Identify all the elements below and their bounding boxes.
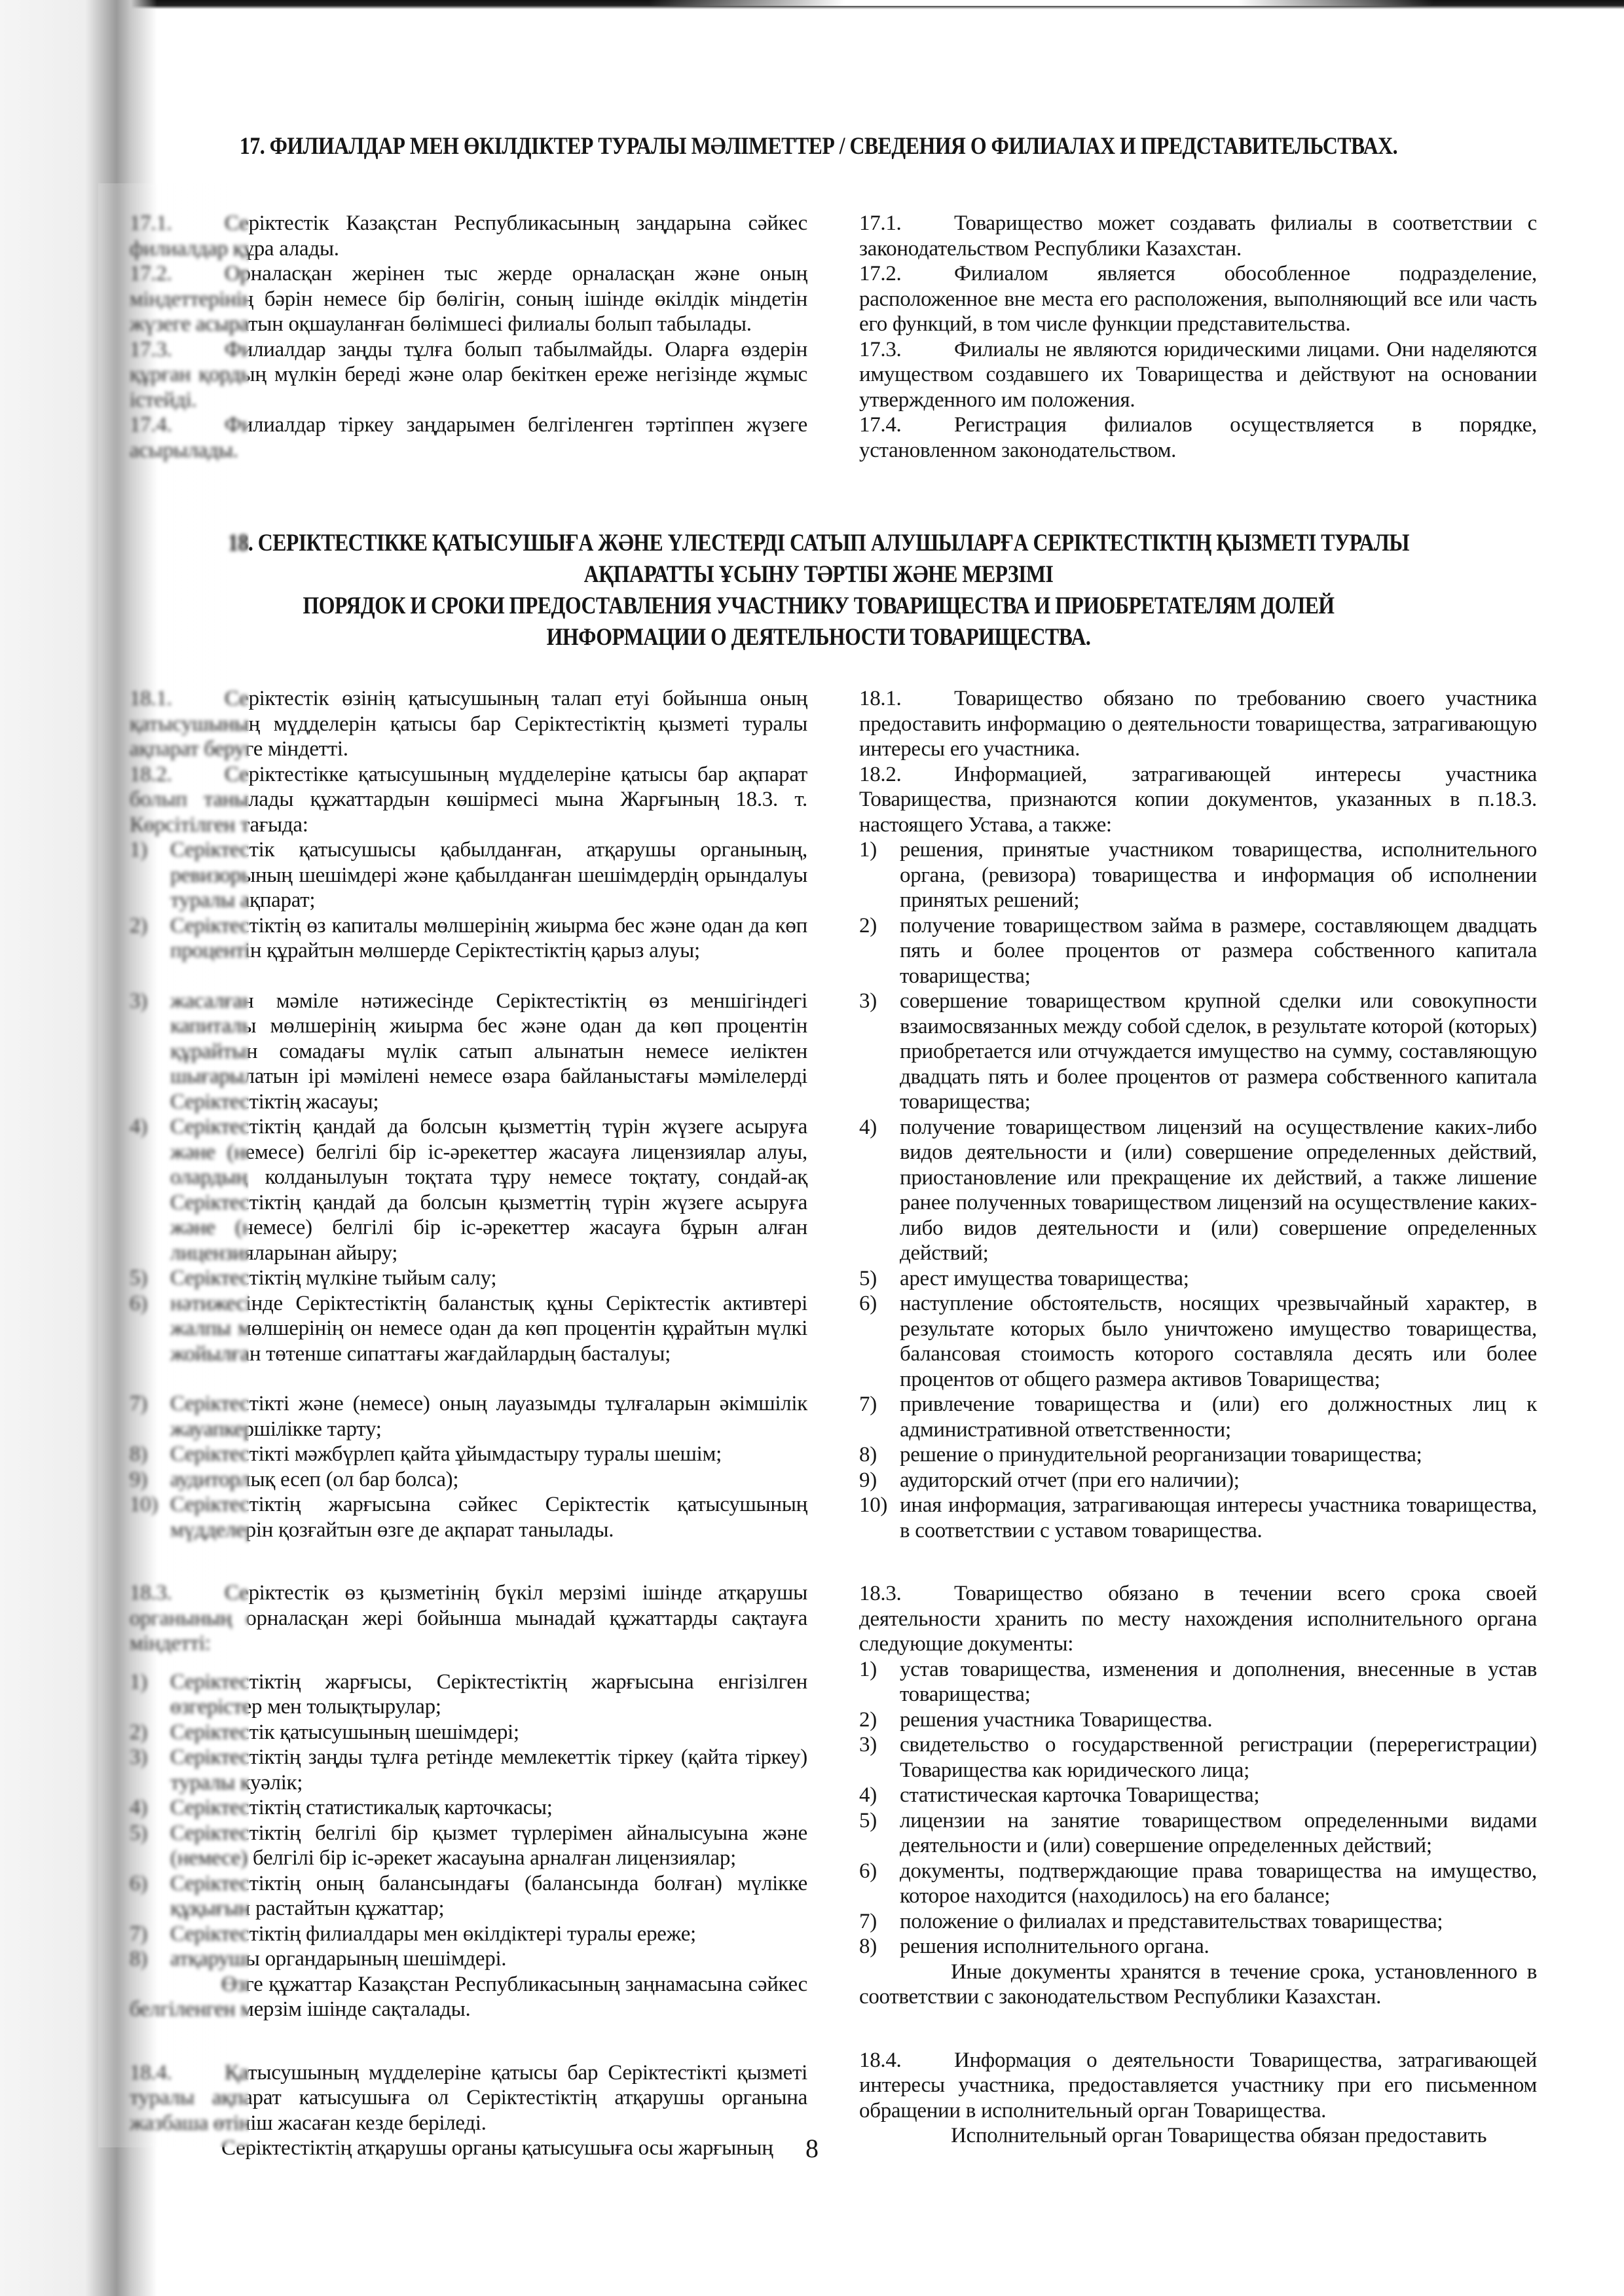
list-item-text: Серіктестіктің жарғысына сәйкес Серіктес… [170, 1493, 807, 1542]
list-item-text: Серіктестіктің жарғысы, Серіктестіктің ж… [170, 1670, 807, 1719]
list-item-number: 7) [130, 1922, 147, 1947]
list-item-number: 7) [130, 1391, 147, 1417]
clause-18-2-kz: 18.2.Серіктестікке қатысушының мүдделері… [130, 762, 807, 838]
list-item-number: 5) [859, 1266, 877, 1292]
list-item-number: 5) [130, 1821, 147, 1846]
list-item-number: 8) [130, 1442, 147, 1467]
list-item-number: 2) [859, 913, 877, 939]
list-item-text: Серіктестіктің мүлкіне тыйым салу; [170, 1266, 496, 1290]
list-item: 9)аудиторский отчет (при его наличии); [859, 1468, 1537, 1493]
list-item-number: 3) [130, 1745, 147, 1770]
clause-17-1-ru: 17.1.Товарищество может создавать филиал… [859, 211, 1537, 261]
clause-17-2-ru: 17.2.Филиалом является обособленное подр… [859, 261, 1537, 337]
list-item: 8)атқарушы органдарының шешімдері. [130, 1946, 807, 1972]
list-item: 2)решения участника Товарищества. [859, 1707, 1537, 1733]
list-item: 2)получение товариществом займа в размер… [859, 913, 1537, 989]
list-item-number: 7) [859, 1392, 877, 1417]
list-item: 7)привлечение товарищества и (или) его д… [859, 1392, 1537, 1442]
list-item-text: аудиторлық есеп (ол бар болса); [170, 1468, 458, 1491]
clause-18-3-kz-list: 1)Серіктестіктің жарғысы, Серіктестіктің… [130, 1669, 807, 1972]
section-18-heading-line-3: ПОРЯДОК И СРОКИ ПРЕДОСТАВЛЕНИЯ УЧАСТНИКУ… [227, 591, 1410, 622]
clause-18-3-ru-note: Иные документы хранятся в течение срока,… [859, 1959, 1537, 2010]
list-item-text: получение товариществом лицензий на осущ… [900, 1116, 1537, 1266]
list-item-number: 2) [859, 1707, 877, 1733]
clause-18-4-kz: 18.4.Қатысушының мүдделеріне қатысы бар … [130, 2060, 807, 2136]
list-item: 3)Серіктестіктің заңды тұлға ретінде мем… [130, 1745, 807, 1795]
clause-17-3-ru: 17.3.Филиалы не являются юридическими ли… [859, 337, 1537, 413]
list-item-text: атқарушы органдарының шешімдері. [170, 1947, 506, 1971]
section-17-ru-column: 17.1.Товарищество может создавать филиал… [859, 211, 1537, 463]
clause-18-1-kz: 18.1.Серіктестік өзінің қатысушының тала… [130, 686, 807, 762]
list-item: 10)иная информация, затрагивающая интере… [859, 1493, 1537, 1543]
list-item-number: 8) [130, 1946, 147, 1972]
section-18-heading-line-2: АҚПАРАТТЫ ҰСЫНУ ТӘРТІБІ ЖӘНЕ МЕРЗІМІ [227, 559, 1410, 591]
list-item-number: 7) [859, 1909, 877, 1935]
list-item-text: статистическая карточка Товарищества; [900, 1783, 1259, 1807]
list-item-number: 5) [130, 1266, 147, 1291]
list-item-text: положение о филиалах и представительства… [900, 1910, 1443, 1933]
list-item: 7)Серіктестікті және (немесе) оның лауаз… [130, 1391, 807, 1442]
list-item-text: жасалған мәміле нәтижесінде Серіктестікт… [170, 989, 807, 1114]
list-item-number: 1) [859, 837, 877, 863]
list-item: 1)Серіктестік қатысушысы қабылданған, ат… [130, 837, 807, 913]
list-item: 1)Серіктестіктің жарғысы, Серіктестіктің… [130, 1669, 807, 1720]
clause-18-2-ru-list: 1)решения, принятые участником товарищес… [859, 837, 1537, 1543]
clause-18-3-ru: 18.3.Товарищество обязано в течении всег… [859, 1581, 1537, 1657]
list-item: 8)решения исполнительного органа. [859, 1934, 1537, 1959]
section-18-kz-column: 18.1.Серіктестік өзінің қатысушының тала… [130, 686, 807, 2161]
list-item: 1)устав товарищества, изменения и дополн… [859, 1657, 1537, 1707]
list-item-text: Серіктестіктің белгілі бір қызмет түрлер… [170, 1821, 807, 1870]
clause-18-4-ru: 18.4.Информация о деятельности Товарищес… [859, 2048, 1537, 2124]
scan-edge-highlight [648, 0, 1434, 6]
section-18-heading-line-1: 18. СЕРІКТЕСТІККЕ ҚАТЫСУШЫҒА ЖӘНЕ ҮЛЕСТЕ… [227, 528, 1410, 559]
clause-17-4-kz: 17.4.Филиалдар тіркеу заңдарымен белгіле… [130, 412, 807, 463]
list-item: 5)арест имущества товарищества; [859, 1266, 1537, 1292]
clause-17-4-ru: 17.4.Регистрация филиалов осуществляется… [859, 412, 1537, 463]
list-item: 2)Серіктестіктің өз капиталы мөлшерінің … [130, 913, 807, 964]
section-18-ru-column: 18.1.Товарищество обязано по требованию … [859, 686, 1537, 2149]
list-item-number: 4) [859, 1783, 877, 1808]
list-item: 7)Серіктестіктің филиалдары мен өкілдікт… [130, 1922, 807, 1947]
list-item-text: Серіктестіктің қандай да болсын қызметті… [170, 1115, 807, 1265]
list-item-text: решение о принудительной реорганизации т… [900, 1443, 1422, 1467]
list-item: 4)Серіктестіктің статистикалық карточкас… [130, 1795, 807, 1821]
section-18-heading-line-4: ИНФОРМАЦИИ О ДЕЯТЕЛЬНОСТИ ТОВАРИЩЕСТВА. [227, 622, 1410, 653]
list-item-number: 2) [130, 1720, 147, 1745]
list-item-text: Серіктестіктің статистикалық карточкасы; [170, 1796, 553, 1819]
section-17-kz-column: 17.1.Серіктестік Казақстан Республикасын… [130, 211, 807, 463]
list-item-number: 6) [859, 1859, 877, 1884]
clause-18-3-kz: 18.3.Серіктестік өз қызметінің бүкіл мер… [130, 1580, 807, 1656]
list-item: 3)свидетельство о государственной регист… [859, 1732, 1537, 1783]
list-item-text: Серіктестік қатысушының шешімдері; [170, 1721, 519, 1744]
list-item: 9)аудиторлық есеп (ол бар болса); [130, 1467, 807, 1493]
list-item: 8)решение о принудительной реорганизации… [859, 1442, 1537, 1468]
list-item-number: 9) [130, 1467, 147, 1493]
section-17-heading: 17. ФИЛИАЛДАР МЕН ӨКІЛДІКТЕР ТУРАЛЫ МӘЛІ… [227, 131, 1410, 162]
clause-18-2-kz-list: 1)Серіктестік қатысушысы қабылданған, ат… [130, 837, 807, 1542]
section-18-heading: 18. СЕРІКТЕСТІККЕ ҚАТЫСУШЫҒА ЖӘНЕ ҮЛЕСТЕ… [227, 528, 1410, 653]
list-item-text: свидетельство о государственной регистра… [900, 1733, 1537, 1782]
list-item-number: 4) [859, 1115, 877, 1140]
list-item: 6)наступление обстоятельств, носящих чре… [859, 1291, 1537, 1392]
page-number: 8 [0, 2133, 1624, 2164]
list-item: 5)лицензии на занятие товариществом опре… [859, 1808, 1537, 1859]
list-item: 7)положение о филиалах и представительст… [859, 1909, 1537, 1935]
list-item-text: получение товариществом займа в размере,… [900, 914, 1537, 988]
list-item-text: лицензии на занятие товариществом опреде… [900, 1809, 1537, 1858]
list-item-text: Серіктестікті мәжбүрлеп қайта ұйымдастыр… [170, 1442, 722, 1466]
list-item-text: привлечение товарищества и (или) его дол… [900, 1393, 1537, 1442]
list-item-number: 3) [859, 989, 877, 1014]
list-item-number: 1) [859, 1657, 877, 1683]
list-item-number: 3) [130, 989, 147, 1014]
list-item-text: аудиторский отчет (при его наличии); [900, 1468, 1240, 1492]
clause-17-3-kz: 17.3.Филиалдар заңды тұлға болып табылма… [130, 337, 807, 413]
list-item-number: 4) [130, 1795, 147, 1821]
list-item: 6)Серіктестіктің оның балансындағы (бала… [130, 1871, 807, 1922]
list-item: 4)статистическая карточка Товарищества; [859, 1783, 1537, 1808]
list-item-number: 9) [859, 1468, 877, 1493]
clause-17-1-kz: 17.1.Серіктестік Казақстан Республикасын… [130, 211, 807, 261]
list-item-text: нәтижесінде Серіктестіктің баланстық құн… [170, 1292, 807, 1366]
list-item: 4)Серіктестіктің қандай да болсын қызмет… [130, 1114, 807, 1266]
list-item-text: Серіктестіктің филиалдары мен өкілдіктер… [170, 1922, 696, 1946]
list-item-text: Серіктестіктің өз капиталы мөлшерінің жи… [170, 914, 807, 963]
list-item-number: 3) [859, 1732, 877, 1758]
list-item: 2)Серіктестік қатысушының шешімдері; [130, 1720, 807, 1745]
list-item-number: 1) [130, 837, 147, 863]
clause-18-2-ru: 18.2.Информацией, затрагивающей интересы… [859, 762, 1537, 838]
list-item: 3)совершение товариществом крупной сделк… [859, 989, 1537, 1115]
list-item-number: 6) [130, 1871, 147, 1897]
list-item-text: совершение товариществом крупной сделки … [900, 989, 1537, 1114]
list-item-number: 10) [859, 1493, 887, 1518]
clause-18-3-ru-list: 1)устав товарищества, изменения и дополн… [859, 1657, 1537, 1959]
list-item: 6)нәтижесінде Серіктестіктің баланстық қ… [130, 1291, 807, 1367]
list-item: 5)Серіктестіктің белгілі бір қызмет түрл… [130, 1821, 807, 1871]
list-item-text: иная информация, затрагивающая интересы … [900, 1493, 1537, 1542]
list-item-text: наступление обстоятельств, носящих чрезв… [900, 1292, 1537, 1391]
list-item-text: устав товарищества, изменения и дополнен… [900, 1658, 1537, 1707]
list-item-text: решения участника Товарищества. [900, 1708, 1212, 1732]
list-item: 5)Серіктестіктің мүлкіне тыйым салу; [130, 1266, 807, 1291]
list-item-number: 5) [859, 1808, 877, 1834]
list-item-text: арест имущества товарищества; [900, 1267, 1189, 1290]
list-item-number: 6) [130, 1291, 147, 1317]
list-item: 8)Серіктестікті мәжбүрлеп қайта ұйымдаст… [130, 1442, 807, 1467]
list-item-text: решения исполнительного органа. [900, 1935, 1209, 1958]
list-item: 10)Серіктестіктің жарғысына сәйкес Серік… [130, 1492, 807, 1542]
list-item-number: 6) [859, 1291, 877, 1317]
list-item-number: 8) [859, 1934, 877, 1959]
list-item-number: 1) [130, 1669, 147, 1695]
clause-18-3-kz-note: Өзге құжаттар Казақстан Республикасының … [130, 1972, 807, 2022]
list-item-text: Серіктестікті және (немесе) оның лауазым… [170, 1392, 807, 1441]
list-item-text: Серіктестік қатысушысы қабылданған, атқа… [170, 838, 807, 912]
list-item: 4)получение товариществом лицензий на ос… [859, 1115, 1537, 1266]
list-item-number: 8) [859, 1442, 877, 1468]
list-item-text: Серіктестіктің оның балансындағы (баланс… [170, 1872, 807, 1921]
list-item: 6)документы, подтверждающие права товари… [859, 1859, 1537, 1909]
clause-18-1-ru: 18.1.Товарищество обязано по требованию … [859, 686, 1537, 762]
list-item-text: решения, принятые участником товариществ… [900, 838, 1537, 912]
list-item-text: Серіктестіктің заңды тұлға ретінде мемле… [170, 1745, 807, 1795]
list-item-number: 2) [130, 913, 147, 939]
clause-17-2-kz: 17.2.Орналасқан жерінен тыс жерде орнала… [130, 261, 807, 337]
list-item: 1)решения, принятые участником товарищес… [859, 837, 1537, 913]
list-item-number: 10) [130, 1492, 158, 1518]
list-item: 3)жасалған мәміле нәтижесінде Серіктесті… [130, 989, 807, 1115]
list-item-text: документы, подтверждающие права товарище… [900, 1859, 1537, 1908]
list-item-number: 4) [130, 1114, 147, 1140]
